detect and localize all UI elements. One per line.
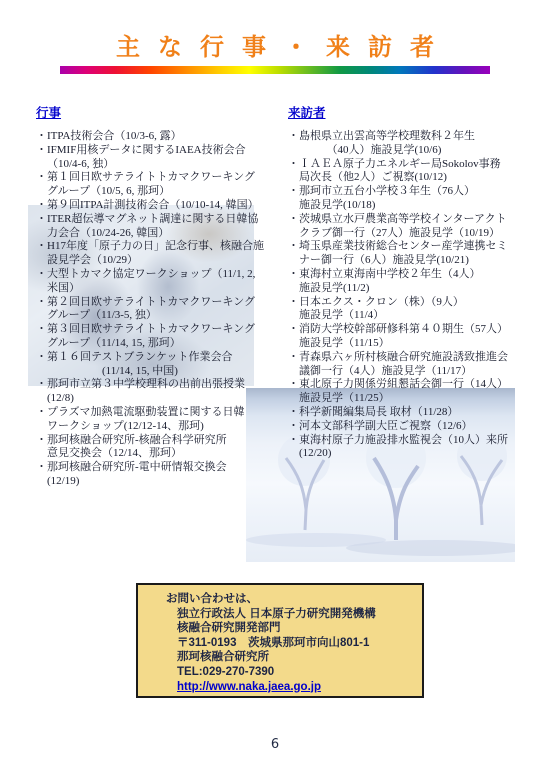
text-line: ・ITER超伝導マグネット調達に関する日韓協	[36, 213, 276, 227]
text-line: 力会合（10/24-26, 韓国）	[36, 227, 276, 241]
text-line: ・日本エクス・クロン（株）（9人）	[288, 296, 544, 310]
text-line: ・大型トカマク協定ワークショップ（11/1, 2,	[36, 268, 276, 282]
text-line: ・東北原子力関係労組懇話会御一行（14人）	[288, 378, 544, 392]
text-line: 施設見学（11/25）	[288, 392, 544, 406]
text-line: ・那珂市立五台小学校３年生（76人）	[288, 185, 544, 199]
text-line: 米国）	[36, 282, 276, 296]
text-line: (12/8)	[36, 392, 276, 406]
text-line: ・河本文部科学副大臣ご視察（12/6）	[288, 420, 544, 434]
text-line: グループ（11/3-5, 独）	[36, 309, 276, 323]
text-line: 核融合研究開発部門	[166, 621, 422, 636]
text-line: 〒311-0193 茨城県那珂市向山801-1	[166, 636, 422, 651]
text-line: 独立行政法人 日本原子力研究開発機構	[166, 607, 422, 622]
page-title: 主な行事・来訪者	[0, 27, 550, 62]
text-line: （40人）施設見学(10/6)	[288, 144, 544, 158]
text-line: 施設見学（11/4）	[288, 309, 544, 323]
text-line: ワークショップ(12/12-14、那珂)	[36, 420, 276, 434]
text-line: お問い合わせは、	[166, 592, 422, 607]
text-line: グループ（10/5, 6, 那珂）	[36, 185, 276, 199]
page-number: 6	[0, 737, 550, 752]
text-line: ・ＩＡＥＡ原子力エネルギー局Sokolov事務	[288, 158, 544, 172]
text-line: 意見交換会（12/14、那珂）	[36, 447, 276, 461]
text-line: 施設見学（11/15）	[288, 337, 544, 351]
text-line: ・青森県六ヶ所村核融合研究施設誘致推進会	[288, 351, 544, 365]
text-line: ・IFMIF用核データに関するIAEA技術会合	[36, 144, 276, 158]
text-line: ・H17年度「原子力の日」記念行事、核融合施	[36, 240, 276, 254]
text-line: 設見学会（10/29）	[36, 254, 276, 268]
text-line: ・科学新聞編集局長 取材（11/28）	[288, 406, 544, 420]
contact-box: お問い合わせは、独立行政法人 日本原子力研究開発機構核融合研究開発部門〒311-…	[136, 583, 424, 698]
text-line: ・第１６回テストブランケット作業会合	[36, 351, 276, 365]
text-line: ・東海村立東海南中学校２年生（4人）	[288, 268, 544, 282]
rainbow-divider	[60, 66, 490, 74]
text-line: ・消防大学校幹部研修科第４０期生（57人）	[288, 323, 544, 337]
text-line: 施設見学(10/18)	[288, 199, 544, 213]
contact-url-link[interactable]: http://www.naka.jaea.go.jp	[177, 680, 422, 695]
text-line: ・茨城県立水戸農業高等学校インターアクト	[288, 213, 544, 227]
text-line: (12/20)	[288, 447, 544, 461]
text-line: ・第９回ITPA計測技術会合（10/10-14, 韓国）	[36, 199, 276, 213]
text-line: ・東海村原子力施設排水監視会（10人）来所	[288, 434, 544, 448]
text-line: ・島根県立出雲高等学校理数科２年生	[288, 130, 544, 144]
text-line: （10/4-6, 独）	[36, 158, 276, 172]
text-line: ・ITPA技術会合（10/3-6, 露）	[36, 130, 276, 144]
events-heading: 行事	[36, 103, 276, 121]
text-line: クラブ御一行（27人）施設見学（10/19）	[288, 227, 544, 241]
text-line: ・第２回日欧サテライトトカマクワーキング	[36, 296, 276, 310]
text-line: TEL:029-270-7390	[166, 665, 422, 680]
visitors-column: 来訪者 ・島根県立出雲高等学校理数科２年生（40人）施設見学(10/6)・ＩＡＥ…	[288, 103, 544, 461]
text-line: 施設見学(11/2)	[288, 282, 544, 296]
visitors-list: ・島根県立出雲高等学校理数科２年生（40人）施設見学(10/6)・ＩＡＥＡ原子力…	[288, 130, 544, 461]
text-line: グループ（11/14, 15, 那珂）	[36, 337, 276, 351]
newsletter-page: 主な行事・来訪者 行事 ・ITPA技術会合（10/3-6, 露）・IFMIF用核…	[0, 0, 550, 781]
text-line: (11/14, 15, 中国)	[36, 365, 276, 379]
events-list: ・ITPA技術会合（10/3-6, 露）・IFMIF用核データに関するIAEA技…	[36, 130, 276, 489]
events-column: 行事 ・ITPA技術会合（10/3-6, 露）・IFMIF用核データに関するIA…	[36, 103, 276, 489]
text-line: 局次長（他2人）ご視察(10/12)	[288, 171, 544, 185]
text-line: ・那珂市立第３中学校理科の出前出張授業	[36, 378, 276, 392]
text-line: ・那珂核融合研究所-核融合科学研究所	[36, 434, 276, 448]
visitors-heading: 来訪者	[288, 103, 544, 121]
text-line: ・プラズマ加熱電流駆動装置に関する日韓	[36, 406, 276, 420]
text-line: ・第３回日欧サテライトトカマクワーキング	[36, 323, 276, 337]
text-line: 那珂核融合研究所	[166, 650, 422, 665]
contact-info: お問い合わせは、独立行政法人 日本原子力研究開発機構核融合研究開発部門〒311-…	[166, 592, 422, 680]
text-line: 議御一行（4人）施設見学（11/17）	[288, 365, 544, 379]
text-line: (12/19)	[36, 475, 276, 489]
text-line: ・第１回日欧サテライトトカマクワーキング	[36, 171, 276, 185]
text-line: ・那珂核融合研究所-電中研情報交換会	[36, 461, 276, 475]
text-line: ・埼玉県産業技術総合センター産学連携セミ	[288, 240, 544, 254]
text-line: ナー御一行（6人）施設見学(10/21)	[288, 254, 544, 268]
